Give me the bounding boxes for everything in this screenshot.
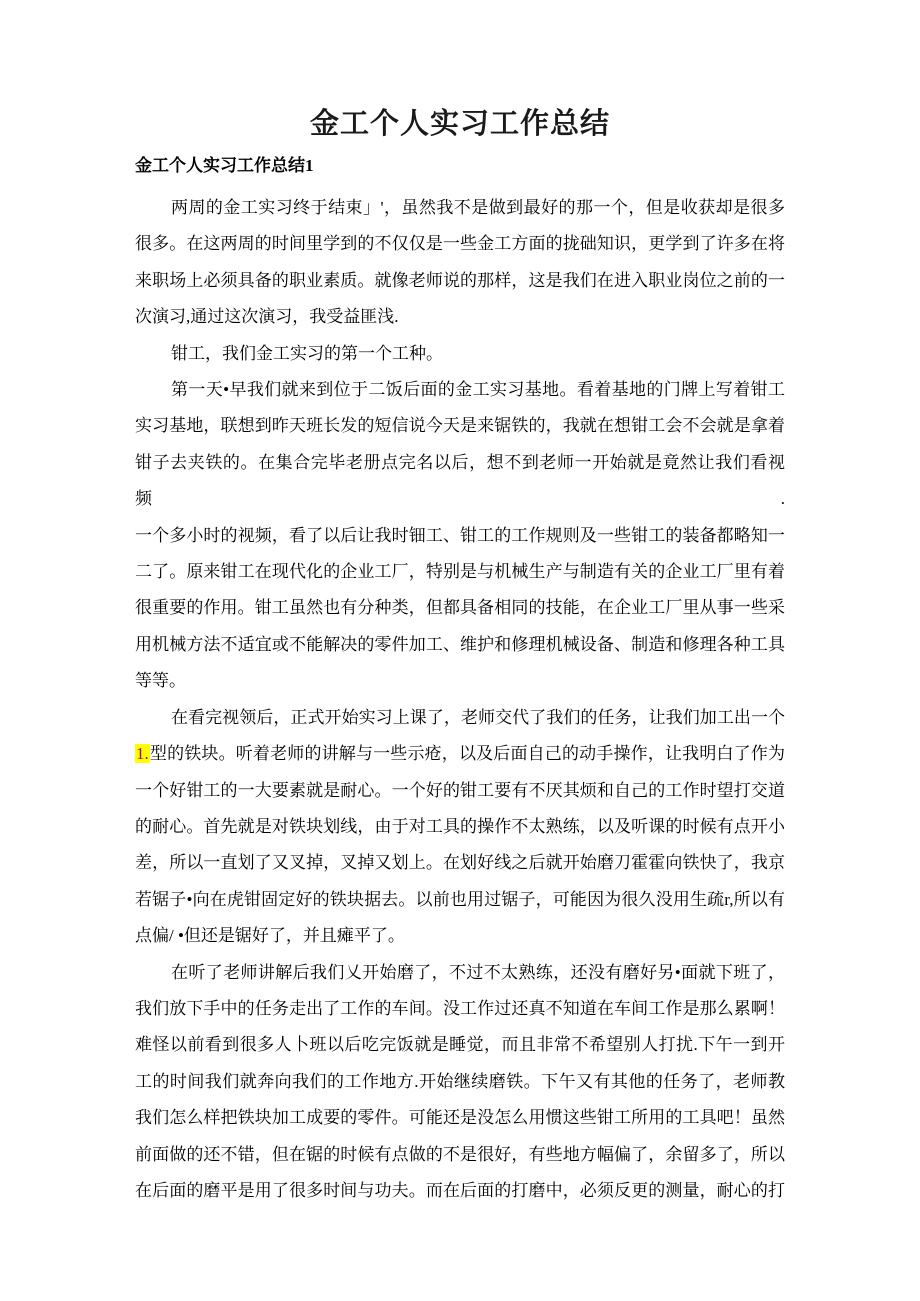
paragraph: 钳工，我们金工实习的第一个工种。 (135, 336, 785, 372)
paragraph: 第一天•早我们就来到位于二饭后面的金工实习基地。看着基地的门牌上写着钳工实习基地… (135, 372, 785, 700)
text-line: 我们怎么样把铁块加工成要的零件。可能还是没怎么用惯这些钳工所用的工具吧！虽然 (135, 1100, 785, 1136)
text-line: 二了。原来钳工在现代化的企业工厂，特别是与机械生产与制造有关的企业工厂里有着 (135, 554, 785, 590)
text-line: 点偏/ •但还是锯好了，并且瘫平了。 (135, 918, 785, 954)
document-page: 金工个人实习工作总结 金工个人实习工作总结1 两周的金工实习终于结束」'，虽然我… (0, 0, 920, 1301)
paragraph: 两周的金工实习终于结束」'，虽然我不是做到最好的那一个，但是收获却是很多很多。在… (135, 190, 785, 336)
text-line: 在看完视领后，正式开始实习上课了，老师交代了我们的任务，让我们加工出一个 (135, 700, 785, 736)
text-line: 用机械方法不适宜或不能解决的零件加工、维护和修理机械设备、制造和修理各种工具 (135, 627, 785, 663)
document-content: 金工个人实习工作总结 金工个人实习工作总结1 两周的金工实习终于结束」'，虽然我… (0, 0, 920, 1209)
text-line: 一个好钳工的一大要素就是耐心。一个好的钳工要有不厌其烦和自己的工作时望打交道 (135, 773, 785, 809)
section-heading: 金工个人实习工作总结1 (135, 156, 785, 176)
text-line: 两周的金工实习终于结束」'，虽然我不是做到最好的那一个，但是收获却是很多 (135, 190, 785, 226)
text-line: 第一天•早我们就来到位于二饭后面的金工实习基地。看着基地的门牌上写着钳工 (135, 372, 785, 408)
text-line: 我们放下手中的任务走出了工作的车间。没工作过还真不知道在车间工作是那么累啊！ (135, 991, 785, 1027)
text-line: 等等。 (135, 663, 785, 699)
text-line: 差，所以一直划了又叉掉，叉掉又划上。在划好线之后就开始磨刀霍霍向铁快了，我京 (135, 845, 785, 881)
paragraph: 在看完视领后，正式开始实习上课了，老师交代了我们的任务，让我们加工出一个1.型的… (135, 700, 785, 955)
text-line: 前面做的还不错，但在锯的时候有点做的不是很好，有些地方幅偏了，余留多了，所以 (135, 1137, 785, 1173)
text-line: 难怪以前看到很多人卜班以后吃完饭就是睡觉，而且非常不希望别人打扰.下午一到开 (135, 1027, 785, 1063)
text-line: 钳工，我们金工实习的第一个工种。 (135, 336, 785, 372)
highlighted-text: 1. (135, 744, 150, 763)
text-line: 1.型的铁块。听着老师的讲解与一些示疮，以及后面自己的动手操作，让我明白了作为 (135, 736, 785, 772)
text-line: 一个多小时的视频，看了以后让我时钿工、钳工的工作规则及一些钳工的装备都略知一 (135, 518, 785, 554)
text-line: 实习基地，联想到昨天班长发的短信说今天是来锯铁的，我就在想钳工会不会就是拿着 (135, 408, 785, 444)
text-line: 钳子去夹铁的。在集合完毕老册点完名以后，想不到老师一开始就是竟然让我们看视频. (135, 445, 785, 518)
text-line: 的耐心。首先就是对铁块划线，由于对工具的操作不太熟练，以及听课的时候有点开小 (135, 809, 785, 845)
text-line: 在后面的磨平是用了很多时间与功夫。而在后面的打磨中，必须反更的测量，耐心的打 (135, 1173, 785, 1209)
document-body: 两周的金工实习终于结束」'，虽然我不是做到最好的那一个，但是收获却是很多很多。在… (135, 190, 785, 1209)
text-line: 来职场上必须具备的职业素质。就像老师说的那样，这是我们在进入职业岗位之前的一 (135, 263, 785, 299)
document-title: 金工个人实习工作总结 (135, 0, 785, 142)
text-line: 很多。在这两周的时间里学到的不仅仅是一些金工方面的拢础知识，更学到了许多在将 (135, 226, 785, 262)
paragraph: 在听了老师讲解后我们乂开始磨了，不过不太熟练，还没有磨好另•面就下班了，我们放下… (135, 955, 785, 1210)
text-line: 若锯子•向在虎钳固定好的铁块据去。以前也用过锯子，可能因为很久没用生疏r,所以有 (135, 882, 785, 918)
text-line: 工的时间我们就奔向我们的工作地方.开始继续磨铁。下午又有其他的任务了，老师教 (135, 1064, 785, 1100)
text-line: 次演习,通过这次演习，我受益匪浅. (135, 299, 785, 335)
text-line: 很重要的作用。钳工虽然也有分种类，但都具备相同的技能，在企业工厂里从事一些采 (135, 590, 785, 626)
text-line: 在听了老师讲解后我们乂开始磨了，不过不太熟练，还没有磨好另•面就下班了， (135, 955, 785, 991)
